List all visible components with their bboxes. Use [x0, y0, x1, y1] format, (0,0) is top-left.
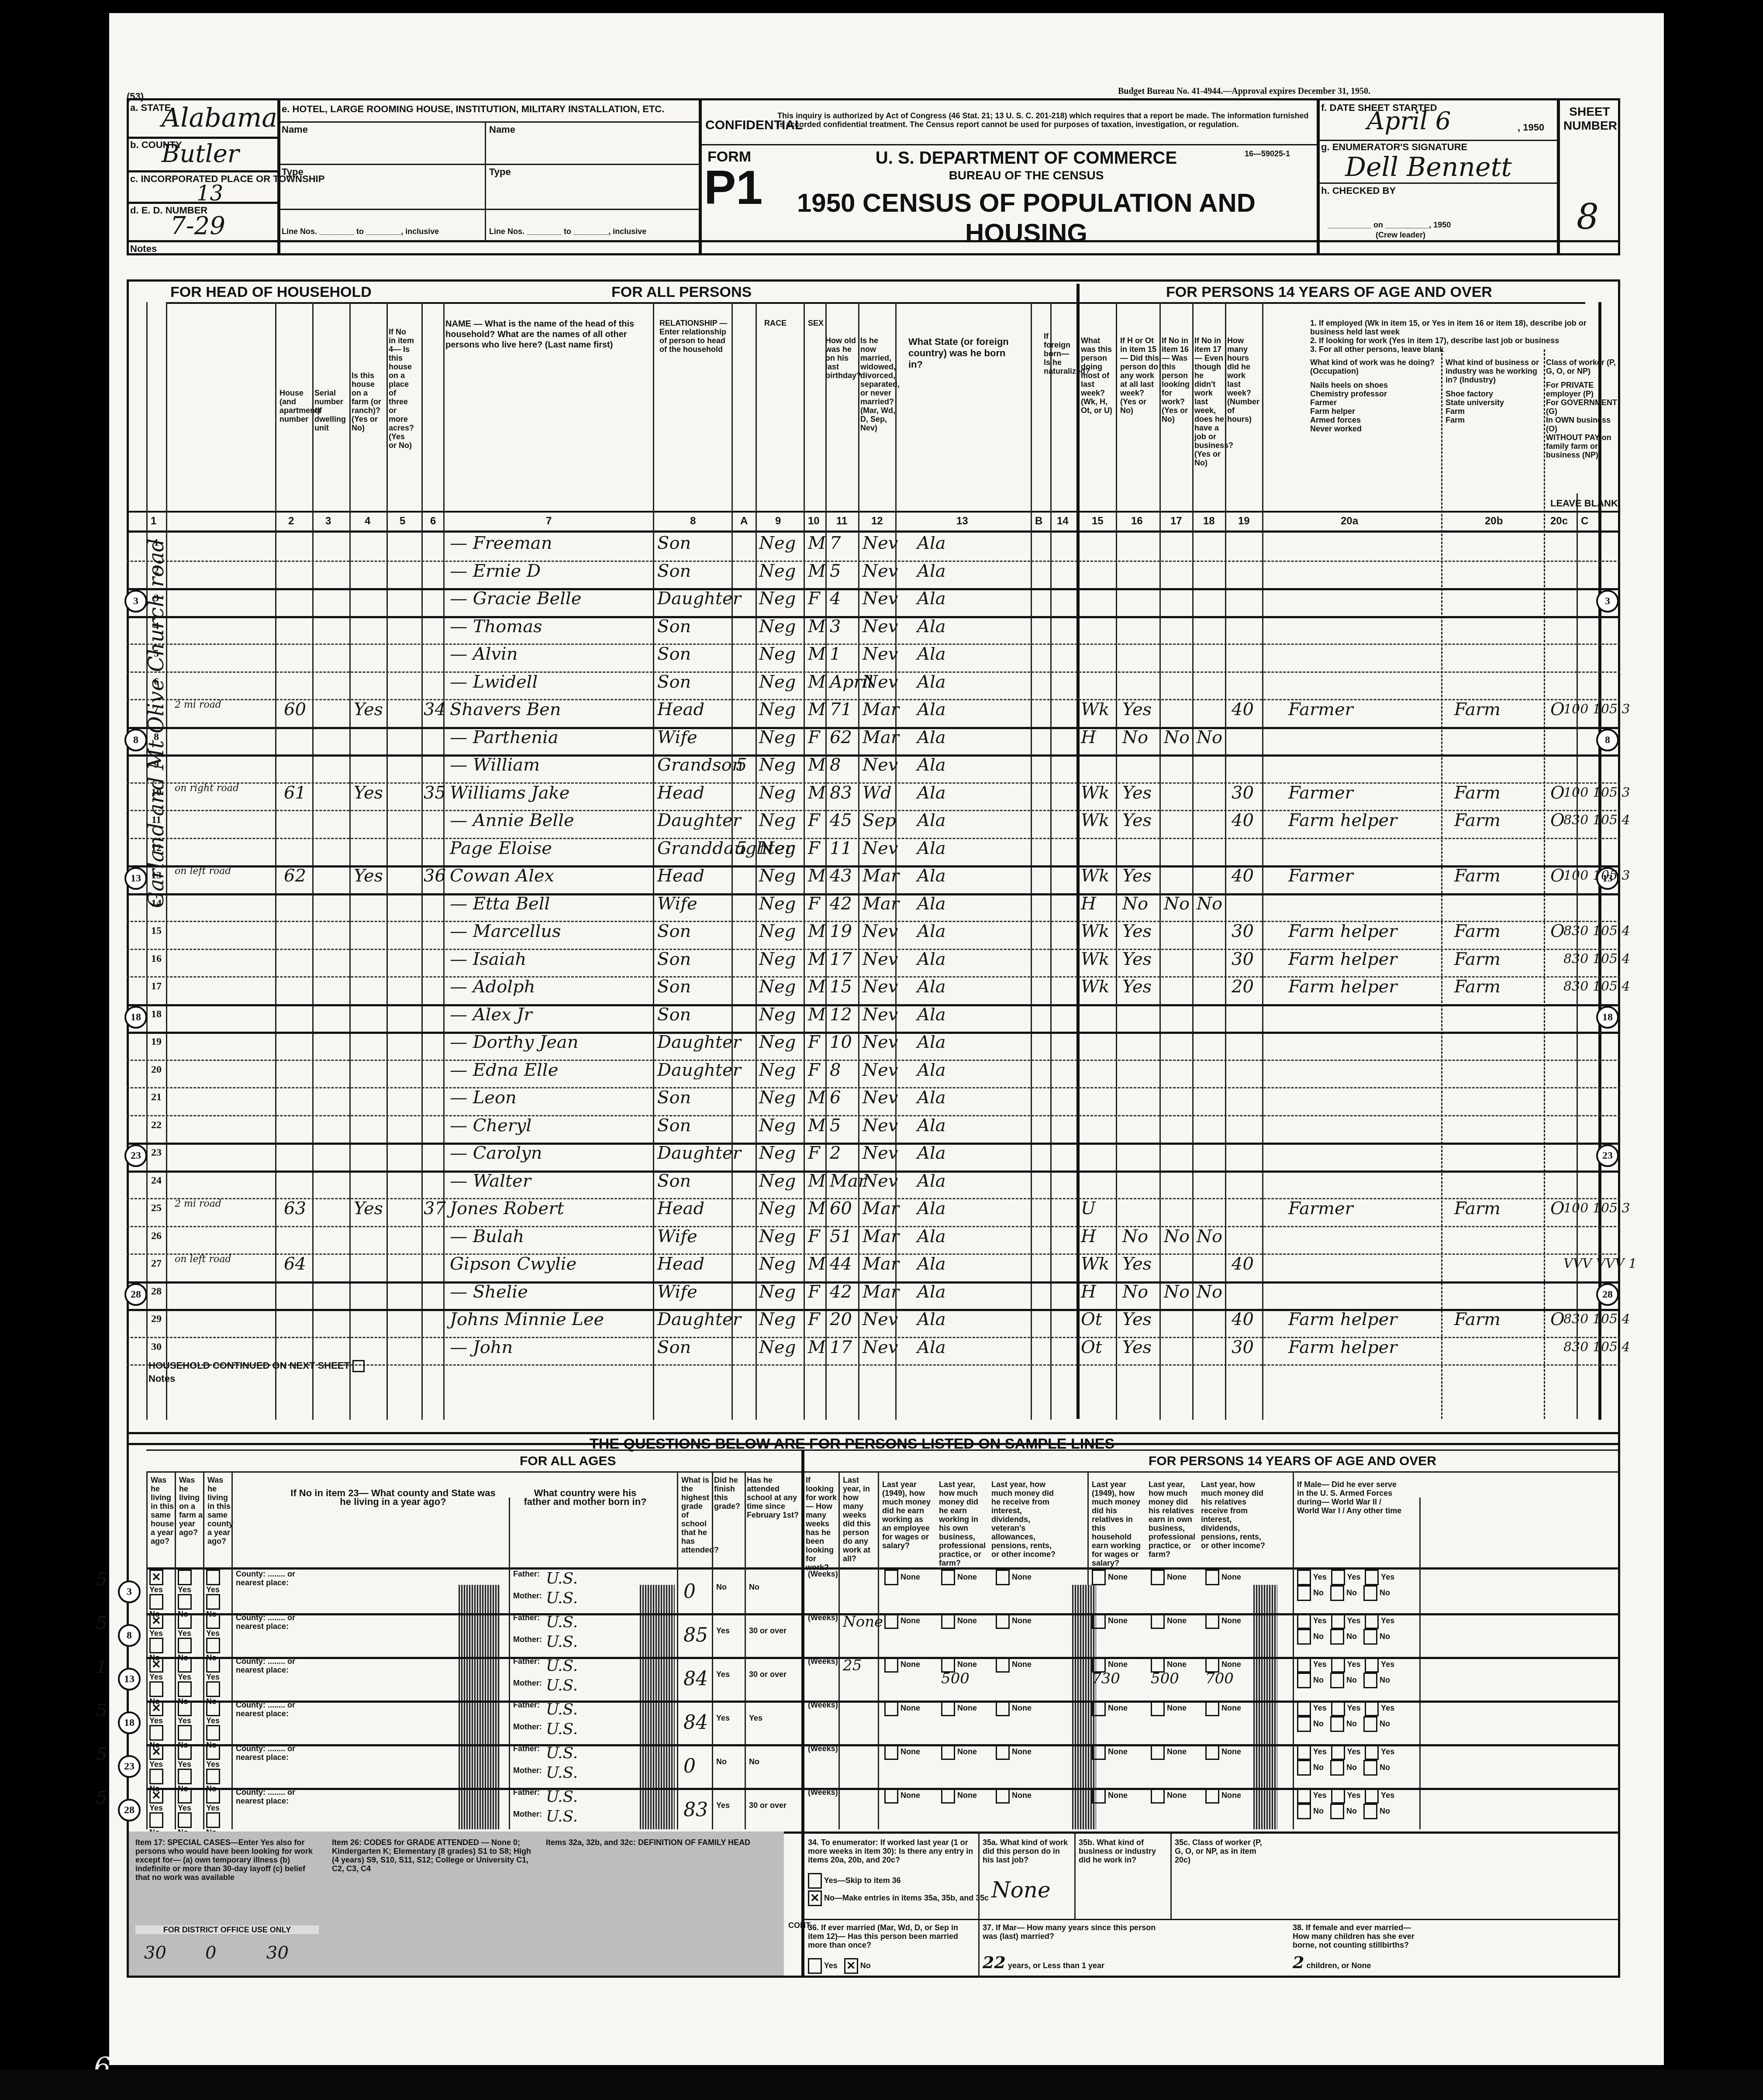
person-row[interactable]: 30— JohnSonNegM17NevAlaOtYes30Farm helpe… — [127, 1337, 1607, 1357]
birthplace[interactable]: Ala — [917, 950, 946, 969]
serial-number[interactable]: 64 — [284, 1254, 306, 1274]
father-birthplace[interactable]: U.S. — [546, 1613, 578, 1631]
industry[interactable]: Farm — [1454, 950, 1501, 969]
income-none-inc32b[interactable]: None — [1151, 1657, 1199, 1673]
finished-grade[interactable]: Yes — [716, 1801, 730, 1810]
person-name[interactable]: — Walter — [450, 1171, 531, 1191]
relationship[interactable]: Son — [657, 1116, 691, 1135]
sex[interactable]: M — [808, 700, 826, 719]
income-none-inc31b[interactable]: None — [941, 1788, 989, 1804]
weeks-looking[interactable]: (Weeks) — [808, 1570, 834, 1578]
income-inc31b[interactable]: 500 — [941, 1670, 989, 1687]
birthplace[interactable]: Ala — [917, 1199, 946, 1218]
hours-worked[interactable]: 20 — [1232, 977, 1254, 996]
weeks-worked[interactable]: None — [843, 1613, 873, 1631]
person-name[interactable]: — Cheryl — [450, 1116, 531, 1135]
office-codes[interactable]: 100 105 3 — [1563, 866, 1630, 885]
marital-status[interactable]: Nev — [863, 950, 898, 969]
agri-number[interactable]: 34 — [424, 700, 446, 719]
person-row[interactable]: 6— LwidellSonNegMAprilNevAla — [127, 671, 1607, 692]
person-row[interactable]: 27on left road64Gipson CwylieHeadNegM44M… — [127, 1253, 1607, 1274]
marital-status[interactable]: Nev — [863, 977, 898, 996]
birthplace[interactable]: Ala — [917, 894, 946, 913]
q22-checkbox[interactable]: Yes No — [178, 1788, 204, 1837]
highest-grade[interactable]: 84 — [683, 1668, 708, 1690]
income-none-inc32a[interactable]: None — [1092, 1657, 1140, 1673]
has-job[interactable]: No — [1197, 894, 1222, 913]
worker-class[interactable]: O — [1550, 811, 1565, 830]
race[interactable]: Neg — [759, 728, 796, 747]
looking-for-work[interactable]: No — [1164, 894, 1190, 913]
school-attendance[interactable]: 30 or over — [749, 1626, 797, 1635]
industry[interactable]: Farm — [1454, 977, 1501, 996]
armed-forces-checkboxes[interactable]: Yes Yes Yes No No No — [1297, 1701, 1415, 1732]
birthplace[interactable]: Ala — [917, 561, 946, 581]
age[interactable]: 17 — [830, 950, 852, 969]
marital-status[interactable]: Nev — [863, 755, 898, 775]
occupation[interactable]: Farm helper — [1288, 1338, 1397, 1357]
sheet-number-value[interactable]: 8 — [1577, 196, 1599, 237]
q36-yes-checkbox[interactable] — [808, 1958, 822, 1974]
income-none-inc31b[interactable]: None — [941, 1744, 989, 1760]
income-none-inc31c[interactable]: None — [996, 1744, 1044, 1760]
birthplace[interactable]: Ala — [917, 839, 946, 858]
leave-blank-a[interactable]: 5 — [736, 839, 747, 858]
sex[interactable]: M — [808, 1005, 826, 1024]
sex[interactable]: F — [808, 1282, 820, 1301]
house-number[interactable]: 2 mi road — [175, 700, 221, 719]
sex[interactable]: M — [808, 977, 826, 996]
office-codes[interactable]: 100 105 3 — [1563, 1199, 1630, 1218]
marital-status[interactable]: Nev — [863, 617, 898, 636]
weeks-looking[interactable]: (Weeks) — [808, 1613, 834, 1622]
person-row[interactable]: 232323— CarolynDaughterNegF2NevAla — [127, 1143, 1607, 1163]
sex[interactable]: F — [808, 589, 820, 608]
industry[interactable]: Farm — [1454, 811, 1501, 830]
q23-checkbox[interactable]: Yes No — [206, 1613, 232, 1662]
q21-checkbox[interactable]: ✕ Yes No — [149, 1613, 176, 1662]
finished-grade[interactable]: Yes — [716, 1714, 730, 1722]
street-margin-note[interactable]: Garland and Mt Olive Church road — [144, 538, 169, 908]
marital-status[interactable]: Mar — [863, 1254, 899, 1274]
age[interactable]: 7 — [830, 534, 841, 553]
income-none-inc32b[interactable]: None — [1151, 1613, 1199, 1629]
relationship[interactable]: Son — [657, 561, 691, 581]
age[interactable]: 8 — [830, 1060, 841, 1080]
person-row[interactable]: 9— WilliamGrandson5NegM8NevAla — [127, 754, 1607, 775]
q22-checkbox[interactable]: Yes No — [178, 1613, 204, 1662]
has-job[interactable]: No — [1197, 1227, 1222, 1246]
activity[interactable]: H — [1081, 894, 1096, 913]
sex[interactable]: F — [808, 894, 820, 913]
place-value[interactable]: 13 — [197, 181, 223, 206]
finished-grade[interactable]: Yes — [716, 1626, 730, 1635]
race[interactable]: Neg — [759, 672, 796, 692]
q21-checkbox[interactable]: ✕ Yes No — [149, 1570, 176, 1618]
income-none-inc32a[interactable]: None — [1092, 1613, 1140, 1629]
worker-class[interactable]: O — [1550, 1199, 1565, 1218]
office-codes[interactable]: 830 105 4 — [1563, 811, 1630, 830]
person-name[interactable]: — Carolyn — [450, 1143, 542, 1163]
income-none-inc31c[interactable]: None — [996, 1701, 1044, 1716]
person-name[interactable]: — Dorthy Jean — [450, 1033, 578, 1052]
relationship[interactable]: Daughter — [657, 1060, 741, 1080]
school-attendance[interactable]: No — [749, 1583, 797, 1591]
income-none-inc31b[interactable]: None — [941, 1570, 989, 1585]
worked-last-week[interactable]: No — [1122, 1227, 1148, 1246]
q24-county-field[interactable]: County: ........ or nearest place: — [236, 1657, 323, 1674]
income-none-inc31a[interactable]: None — [884, 1744, 932, 1760]
school-attendance[interactable]: 30 or over — [749, 1801, 797, 1810]
armed-forces-checkboxes[interactable]: Yes Yes Yes No No No — [1297, 1613, 1415, 1645]
activity[interactable]: H — [1081, 728, 1096, 747]
person-row[interactable]: 181818— Alex JrSonNegM12NevAla — [127, 1004, 1607, 1024]
activity[interactable]: Wk — [1081, 866, 1109, 885]
has-job[interactable]: No — [1197, 1282, 1222, 1301]
birthplace[interactable]: Ala — [917, 977, 946, 996]
activity[interactable]: Wk — [1081, 811, 1109, 830]
occupation[interactable]: Farmer — [1288, 866, 1353, 885]
race[interactable]: Neg — [759, 755, 796, 775]
serial-number[interactable]: 62 — [284, 866, 306, 885]
hours-worked[interactable]: 30 — [1232, 922, 1254, 941]
industry[interactable]: Farm — [1454, 783, 1501, 802]
industry[interactable]: Farm — [1454, 922, 1501, 941]
race[interactable]: Neg — [759, 1171, 796, 1191]
person-row[interactable]: 11— Annie BelleDaughterNegF45SepAlaWkYes… — [127, 810, 1607, 830]
relationship[interactable]: Wife — [657, 728, 697, 747]
sex[interactable]: F — [808, 1227, 820, 1246]
serial-number[interactable]: 61 — [284, 783, 306, 802]
race[interactable]: Neg — [759, 1310, 796, 1329]
age[interactable]: 17 — [830, 1338, 852, 1357]
person-row[interactable]: 333— Gracie BelleDaughterNegF4NevAla — [127, 588, 1607, 608]
activity[interactable]: Wk — [1081, 1254, 1109, 1274]
school-attendance[interactable]: 30 or over — [749, 1670, 797, 1679]
age[interactable]: 42 — [830, 1282, 852, 1301]
has-job[interactable]: No — [1197, 728, 1222, 747]
worked-last-week[interactable]: Yes — [1122, 922, 1152, 941]
hours-worked[interactable]: 30 — [1232, 1338, 1254, 1357]
age[interactable]: 62 — [830, 728, 852, 747]
income-none-inc31c[interactable]: None — [996, 1657, 1044, 1673]
marital-status[interactable]: Nev — [863, 1338, 898, 1357]
person-row[interactable]: 282828— ShelieWifeNegF42MarAlaHNoNoNo — [127, 1281, 1607, 1301]
relationship[interactable]: Son — [657, 644, 691, 664]
income-inc32c[interactable]: 700 — [1205, 1670, 1253, 1687]
person-name[interactable]: — Isaiah — [450, 950, 526, 969]
birthplace[interactable]: Ala — [917, 1338, 946, 1357]
worked-last-week[interactable]: Yes — [1122, 783, 1152, 802]
highest-grade[interactable]: 0 — [683, 1580, 696, 1603]
person-row[interactable]: 1— FreemanSonNegM7NevAla — [127, 533, 1607, 553]
marital-status[interactable]: Nev — [863, 1088, 898, 1107]
q34-no-checkbox[interactable]: ✕ — [808, 1890, 822, 1906]
race[interactable]: Neg — [759, 589, 796, 608]
age[interactable]: 51 — [830, 1227, 852, 1246]
weeks-looking[interactable]: (Weeks) — [808, 1788, 834, 1797]
age[interactable]: 71 — [830, 700, 852, 719]
income-none-inc31c[interactable]: None — [996, 1613, 1044, 1629]
industry[interactable]: Farm — [1454, 1199, 1501, 1218]
enumerator-signature[interactable]: Dell Bennett — [1345, 152, 1512, 182]
person-row[interactable]: 17— AdolphSonNegM15NevAlaWkYes20Farm hel… — [127, 976, 1607, 996]
person-name[interactable]: — Edna Elle — [450, 1060, 558, 1080]
marital-status[interactable]: Nev — [863, 534, 898, 553]
sex[interactable]: M — [808, 1254, 826, 1274]
office-codes[interactable]: VVV VVV 1 — [1563, 1254, 1637, 1274]
worker-class[interactable]: O — [1550, 866, 1565, 885]
person-row[interactable]: 15— MarcellusSonNegM19NevAlaWkYes30Farm … — [127, 921, 1607, 941]
person-row[interactable]: 72 mi road60Yes34Shavers BenHeadNegM71Ma… — [127, 699, 1607, 719]
birthplace[interactable]: Ala — [917, 1227, 946, 1246]
q23-checkbox[interactable]: Yes No — [206, 1744, 232, 1793]
race[interactable]: Neg — [759, 977, 796, 996]
birthplace[interactable]: Ala — [917, 672, 946, 692]
serial-number[interactable]: 63 — [284, 1199, 306, 1218]
person-row[interactable]: 20— Edna ElleDaughterNegF8NevAla — [127, 1060, 1607, 1080]
father-birthplace[interactable]: U.S. — [546, 1744, 578, 1762]
person-name[interactable]: Williams Jake — [450, 783, 569, 802]
person-row[interactable]: 5— AlvinSonNegM1NevAla — [127, 644, 1607, 664]
father-birthplace[interactable]: U.S. — [546, 1788, 578, 1806]
age[interactable]: 45 — [830, 811, 852, 830]
person-name[interactable]: Gipson Cwylie — [450, 1254, 576, 1274]
race[interactable]: Neg — [759, 1116, 796, 1135]
relationship[interactable]: Son — [657, 950, 691, 969]
person-name[interactable]: — William — [450, 755, 540, 775]
looking-for-work[interactable]: No — [1164, 1282, 1190, 1301]
birthplace[interactable]: Ala — [917, 1254, 946, 1274]
person-name[interactable]: Jones Robert — [450, 1199, 564, 1218]
relationship[interactable]: Daughter — [657, 811, 741, 830]
marital-status[interactable]: Mar — [863, 1199, 899, 1218]
worked-last-week[interactable]: Yes — [1122, 811, 1152, 830]
q21-checkbox[interactable]: ✕ Yes No — [149, 1788, 176, 1837]
sex[interactable]: M — [808, 1088, 826, 1107]
relationship[interactable]: Wife — [657, 1227, 697, 1246]
income-none-inc31c[interactable]: None — [996, 1788, 1044, 1804]
person-row[interactable]: 26— BulahWifeNegF51MarAlaHNoNoNo — [127, 1226, 1607, 1246]
person-row[interactable]: 252 mi road63Yes37Jones RobertHeadNegM60… — [127, 1198, 1607, 1218]
race[interactable]: Neg — [759, 1088, 796, 1107]
relationship[interactable]: Son — [657, 922, 691, 941]
worked-last-week[interactable]: No — [1122, 1282, 1148, 1301]
age[interactable]: 5 — [830, 561, 841, 581]
armed-forces-checkboxes[interactable]: Yes Yes Yes No No No — [1297, 1657, 1415, 1688]
sex[interactable]: M — [808, 561, 826, 581]
marital-status[interactable]: Sep — [863, 811, 896, 830]
person-name[interactable]: — Alvin — [450, 644, 518, 664]
activity[interactable]: H — [1081, 1282, 1096, 1301]
farm-answer[interactable]: Yes — [354, 783, 383, 802]
sex[interactable]: F — [808, 1060, 820, 1080]
mother-birthplace[interactable]: U.S. — [546, 1720, 578, 1738]
agri-number[interactable]: 35 — [424, 783, 446, 802]
sex[interactable]: F — [808, 1033, 820, 1052]
relationship[interactable]: Daughter — [657, 1033, 741, 1052]
occupation[interactable]: Farm helper — [1288, 811, 1397, 830]
race[interactable]: Neg — [759, 1033, 796, 1052]
age[interactable]: 19 — [830, 922, 852, 941]
age[interactable]: 8 — [830, 755, 841, 775]
race[interactable]: Neg — [759, 1060, 796, 1080]
person-name[interactable]: — Shelie — [450, 1282, 528, 1301]
person-name[interactable]: — Alex Jr — [450, 1005, 532, 1024]
marital-status[interactable]: Nev — [863, 1171, 898, 1191]
finished-grade[interactable]: No — [716, 1583, 727, 1591]
q22-checkbox[interactable]: Yes No — [178, 1701, 204, 1749]
marital-status[interactable]: Nev — [863, 922, 898, 941]
relationship[interactable]: Son — [657, 1338, 691, 1357]
state-value[interactable]: Alabama — [162, 103, 277, 133]
activity[interactable]: Ot — [1081, 1310, 1102, 1329]
q22-checkbox[interactable]: Yes No — [178, 1657, 204, 1706]
occupation[interactable]: Farmer — [1288, 783, 1353, 802]
person-name[interactable]: Page Eloise — [450, 839, 552, 858]
weeks-worked[interactable]: 25 — [843, 1657, 873, 1674]
father-birthplace[interactable]: U.S. — [546, 1657, 578, 1675]
marital-status[interactable]: Nev — [863, 839, 898, 858]
mother-birthplace[interactable]: U.S. — [546, 1677, 578, 1694]
house-number[interactable]: 2 mi road — [175, 1199, 221, 1218]
occupation[interactable]: Farm helper — [1288, 922, 1397, 941]
sex[interactable]: M — [808, 1199, 826, 1218]
q34-no[interactable]: ✕ No—Make entries in items 35a, 35b, and… — [808, 1890, 989, 1906]
birthplace[interactable]: Ala — [917, 1143, 946, 1163]
armed-forces-checkboxes[interactable]: Yes Yes Yes No No No — [1297, 1788, 1415, 1819]
birthplace[interactable]: Ala — [917, 866, 946, 885]
worker-class[interactable]: O — [1550, 700, 1565, 719]
person-row[interactable]: 12Page EloiseGranddaughter5NegF11NevAla — [127, 838, 1607, 858]
relationship[interactable]: Head — [657, 783, 704, 802]
person-row[interactable]: 888— PartheniaWifeNegF62MarAlaHNoNoNo — [127, 727, 1607, 747]
marital-status[interactable]: Nev — [863, 1310, 898, 1329]
income-none-inc32c[interactable]: None — [1205, 1570, 1253, 1585]
sex[interactable]: M — [808, 534, 826, 553]
age[interactable]: 43 — [830, 866, 852, 885]
sex[interactable]: F — [808, 811, 820, 830]
activity[interactable]: H — [1081, 1227, 1096, 1246]
marital-status[interactable]: Mar — [863, 866, 899, 885]
industry[interactable]: Farm — [1454, 866, 1501, 885]
income-none-inc32c[interactable]: None — [1205, 1701, 1253, 1716]
person-row[interactable]: 22— CherylSonNegM5NevAla — [127, 1115, 1607, 1135]
relationship[interactable]: Head — [657, 700, 704, 719]
person-name[interactable]: — Marcellus — [450, 922, 561, 941]
worked-last-week[interactable]: Yes — [1122, 1338, 1152, 1357]
q23-checkbox[interactable]: Yes No — [206, 1788, 232, 1837]
marital-status[interactable]: Mar — [863, 894, 899, 913]
school-attendance[interactable]: Yes — [749, 1714, 797, 1722]
activity[interactable]: Wk — [1081, 950, 1109, 969]
activity[interactable]: Wk — [1081, 922, 1109, 941]
worked-last-week[interactable]: Yes — [1122, 866, 1152, 885]
birthplace[interactable]: Ala — [917, 922, 946, 941]
marital-status[interactable]: Nev — [863, 1143, 898, 1163]
person-name[interactable]: — John — [450, 1338, 513, 1357]
person-name[interactable]: — Freeman — [450, 534, 552, 553]
house-number[interactable]: on left road — [175, 866, 231, 885]
person-row[interactable]: 19— Dorthy JeanDaughterNegF10NevAla — [127, 1032, 1607, 1052]
q23-checkbox[interactable]: Yes No — [206, 1701, 232, 1749]
age[interactable]: 5 — [830, 1116, 841, 1135]
race[interactable]: Neg — [759, 811, 796, 830]
sex[interactable]: M — [808, 672, 826, 692]
birthplace[interactable]: Ala — [917, 1088, 946, 1107]
person-name[interactable]: — Ernie D — [450, 561, 541, 581]
serial-number[interactable]: 60 — [284, 700, 306, 719]
birthplace[interactable]: Ala — [917, 1060, 946, 1080]
marital-status[interactable]: Mar — [863, 700, 899, 719]
highest-grade[interactable]: 83 — [683, 1799, 708, 1821]
income-none-inc31a[interactable]: None — [884, 1657, 932, 1673]
birthplace[interactable]: Ala — [917, 1171, 946, 1191]
age[interactable]: 4 — [830, 589, 841, 608]
sex[interactable]: F — [808, 1310, 820, 1329]
person-name[interactable]: — Etta Bell — [450, 894, 550, 913]
hours-worked[interactable]: 40 — [1232, 1254, 1254, 1274]
date-value[interactable]: April 6 — [1367, 107, 1451, 135]
birthplace[interactable]: Ala — [917, 755, 946, 775]
looking-for-work[interactable]: No — [1164, 728, 1190, 747]
occupation[interactable]: Farmer — [1288, 1199, 1353, 1218]
marital-status[interactable]: Nev — [863, 644, 898, 664]
father-birthplace[interactable]: U.S. — [546, 1570, 578, 1587]
mother-birthplace[interactable]: U.S. — [546, 1633, 578, 1651]
relationship[interactable]: Son — [657, 617, 691, 636]
age[interactable]: 20 — [830, 1310, 852, 1329]
age[interactable]: Mar — [830, 1171, 866, 1191]
office-codes[interactable]: 830 105 4 — [1563, 950, 1630, 969]
birthplace[interactable]: Ala — [917, 589, 946, 608]
relationship[interactable]: Son — [657, 534, 691, 553]
q37-answer[interactable]: 22 — [983, 1952, 1006, 1972]
sex[interactable]: M — [808, 783, 826, 802]
activity[interactable]: Ot — [1081, 1338, 1102, 1357]
person-row[interactable]: 24— WalterSonNegMMarNevAla — [127, 1170, 1607, 1191]
q36-no-checkbox[interactable]: ✕ — [844, 1958, 858, 1974]
race[interactable]: Neg — [759, 1005, 796, 1024]
sex[interactable]: M — [808, 1116, 826, 1135]
person-name[interactable]: Johns Minnie Lee — [450, 1310, 604, 1329]
person-name[interactable]: — Annie Belle — [450, 811, 574, 830]
birthplace[interactable]: Ala — [917, 1033, 946, 1052]
industry[interactable]: Farm — [1454, 700, 1501, 719]
person-name[interactable]: Shavers Ben — [450, 700, 561, 719]
sex[interactable]: F — [808, 839, 820, 858]
race[interactable]: Neg — [759, 561, 796, 581]
worked-last-week[interactable]: Yes — [1122, 700, 1152, 719]
age[interactable]: 12 — [830, 1005, 852, 1024]
income-none-inc32a[interactable]: None — [1092, 1701, 1140, 1716]
worked-last-week[interactable]: No — [1122, 894, 1148, 913]
race[interactable]: Neg — [759, 922, 796, 941]
mother-birthplace[interactable]: U.S. — [546, 1764, 578, 1782]
income-none-inc32c[interactable]: None — [1205, 1744, 1253, 1760]
weeks-looking[interactable]: (Weeks) — [808, 1701, 834, 1709]
hours-worked[interactable]: 40 — [1232, 811, 1254, 830]
person-row[interactable]: 14— Etta BellWifeNegF42MarAlaHNoNoNo — [127, 893, 1607, 913]
marital-status[interactable]: Wd — [863, 783, 892, 802]
hours-worked[interactable]: 40 — [1232, 866, 1254, 885]
income-none-inc32b[interactable]: None — [1151, 1744, 1199, 1760]
income-none-inc32b[interactable]: None — [1151, 1788, 1199, 1804]
race[interactable]: Neg — [759, 1282, 796, 1301]
birthplace[interactable]: Ala — [917, 728, 946, 747]
occupation[interactable]: Farm helper — [1288, 977, 1397, 996]
worker-class[interactable]: O — [1550, 1310, 1565, 1329]
